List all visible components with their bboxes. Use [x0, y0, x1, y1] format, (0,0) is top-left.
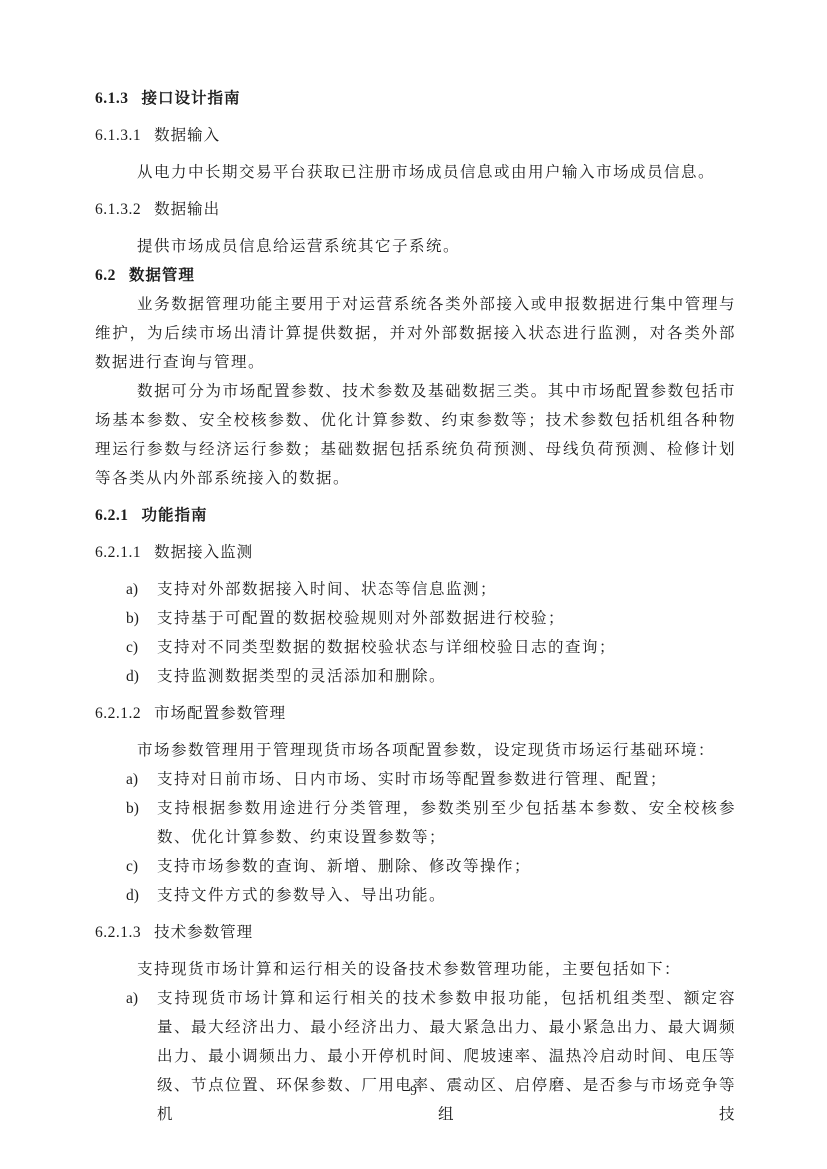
- heading-number: 6.2.1.2: [95, 705, 141, 722]
- heading-number: 6.2.1.3: [95, 924, 141, 941]
- heading-6-2: 6.2数据管理: [95, 261, 736, 290]
- heading-title: 数据输入: [154, 127, 220, 144]
- list-item: b)支持基于可配置的数据校验规则对外部数据进行校验；: [95, 604, 736, 633]
- list-item-text: 支持监测数据类型的灵活添加和删除。: [157, 668, 446, 685]
- heading-6-1-3-1: 6.1.3.1数据输入: [95, 121, 736, 150]
- heading-number: 6.2.1.1: [95, 544, 141, 561]
- heading-title: 接口设计指南: [142, 90, 241, 107]
- heading-title: 功能指南: [142, 507, 208, 524]
- heading-6-2-1-3: 6.2.1.3技术参数管理: [95, 918, 736, 947]
- paragraph-tech-params-intro: 支持现货市场计算和运行相关的设备技术参数管理功能，主要包括如下：: [95, 955, 736, 984]
- list-item-marker: a): [126, 575, 138, 604]
- paragraph-data-management-2: 数据可分为市场配置参数、技术参数及基础数据三类。其中市场配置参数包括市场基本参数…: [95, 377, 736, 493]
- list-tech-params: a)支持现货市场计算和运行相关的技术参数申报功能，包括机组类型、额定容量、最大经…: [95, 984, 736, 1129]
- page-number: 9: [0, 1081, 827, 1101]
- list-item-text: 支持现货市场计算和运行相关的技术参数申报功能，包括机组类型、额定容量、最大经济出…: [157, 990, 736, 1123]
- paragraph-data-management-1: 业务数据管理功能主要用于对运营系统各类外部接入或申报数据进行集中管理与维护，为后…: [95, 290, 736, 377]
- list-item: c)支持对不同类型数据的数据校验状态与详细校验日志的查询；: [95, 633, 736, 662]
- document-page: 6.1.3接口设计指南 6.1.3.1数据输入 从电力中长期交易平台获取已注册市…: [0, 0, 827, 1169]
- heading-6-1-3: 6.1.3接口设计指南: [95, 84, 736, 113]
- list-item-text: 支持基于可配置的数据校验规则对外部数据进行校验；: [157, 610, 565, 627]
- heading-6-2-1: 6.2.1功能指南: [95, 501, 736, 530]
- heading-number: 6.2: [95, 267, 116, 284]
- list-item: b)支持根据参数用途进行分类管理，参数类别至少包括基本参数、安全校核参数、优化计…: [95, 794, 736, 852]
- heading-6-2-1-2: 6.2.1.2市场配置参数管理: [95, 699, 736, 728]
- list-item-text: 支持对日前市场、日内市场、实时市场等配置参数进行管理、配置；: [157, 771, 667, 788]
- list-item-marker: b): [126, 604, 139, 633]
- heading-title: 数据接入监测: [154, 544, 253, 561]
- document-content: 6.1.3接口设计指南 6.1.3.1数据输入 从电力中长期交易平台获取已注册市…: [95, 84, 736, 1129]
- list-item-text: 支持对不同类型数据的数据校验状态与详细校验日志的查询；: [157, 639, 616, 656]
- paragraph-data-output: 提供市场成员信息给运营系统其它子系统。: [95, 232, 736, 261]
- list-item: c)支持市场参数的查询、新增、删除、修改等操作；: [95, 852, 736, 881]
- heading-title: 技术参数管理: [154, 924, 253, 941]
- heading-number: 6.1.3.1: [95, 127, 141, 144]
- paragraph-market-config-intro: 市场参数管理用于管理现货市场各项配置参数，设定现货市场运行基础环境：: [95, 736, 736, 765]
- list-data-access-monitoring: a)支持对外部数据接入时间、状态等信息监测； b)支持基于可配置的数据校验规则对…: [95, 575, 736, 691]
- list-item-text: 支持根据参数用途进行分类管理，参数类别至少包括基本参数、安全校核参数、优化计算参…: [157, 800, 736, 846]
- list-item-text: 支持对外部数据接入时间、状态等信息监测；: [157, 581, 497, 598]
- list-item-marker: a): [126, 984, 138, 1013]
- list-item: a)支持现货市场计算和运行相关的技术参数申报功能，包括机组类型、额定容量、最大经…: [95, 984, 736, 1129]
- heading-title: 数据管理: [129, 267, 195, 284]
- heading-6-1-3-2: 6.1.3.2数据输出: [95, 195, 736, 224]
- list-item-text: 支持文件方式的参数导入、导出功能。: [157, 887, 446, 904]
- heading-title: 市场配置参数管理: [154, 705, 286, 722]
- heading-number: 6.2.1: [95, 507, 129, 524]
- list-item-marker: b): [126, 794, 139, 823]
- heading-number: 6.1.3.2: [95, 201, 141, 218]
- paragraph-data-input: 从电力中长期交易平台获取已注册市场成员信息或由用户输入市场成员信息。: [95, 158, 736, 187]
- heading-title: 数据输出: [154, 201, 220, 218]
- list-item: a)支持对外部数据接入时间、状态等信息监测；: [95, 575, 736, 604]
- list-item: d)支持文件方式的参数导入、导出功能。: [95, 881, 736, 910]
- list-item-text: 支持市场参数的查询、新增、删除、修改等操作；: [157, 858, 531, 875]
- list-item-marker: d): [126, 881, 139, 910]
- list-item: a)支持对日前市场、日内市场、实时市场等配置参数进行管理、配置；: [95, 765, 736, 794]
- list-item-marker: a): [126, 765, 138, 794]
- list-market-config-params: a)支持对日前市场、日内市场、实时市场等配置参数进行管理、配置； b)支持根据参…: [95, 765, 736, 910]
- list-item-marker: c): [126, 852, 138, 881]
- list-item-marker: d): [126, 662, 139, 691]
- heading-number: 6.1.3: [95, 90, 129, 107]
- list-item-marker: c): [126, 633, 138, 662]
- heading-6-2-1-1: 6.2.1.1数据接入监测: [95, 538, 736, 567]
- list-item: d)支持监测数据类型的灵活添加和删除。: [95, 662, 736, 691]
